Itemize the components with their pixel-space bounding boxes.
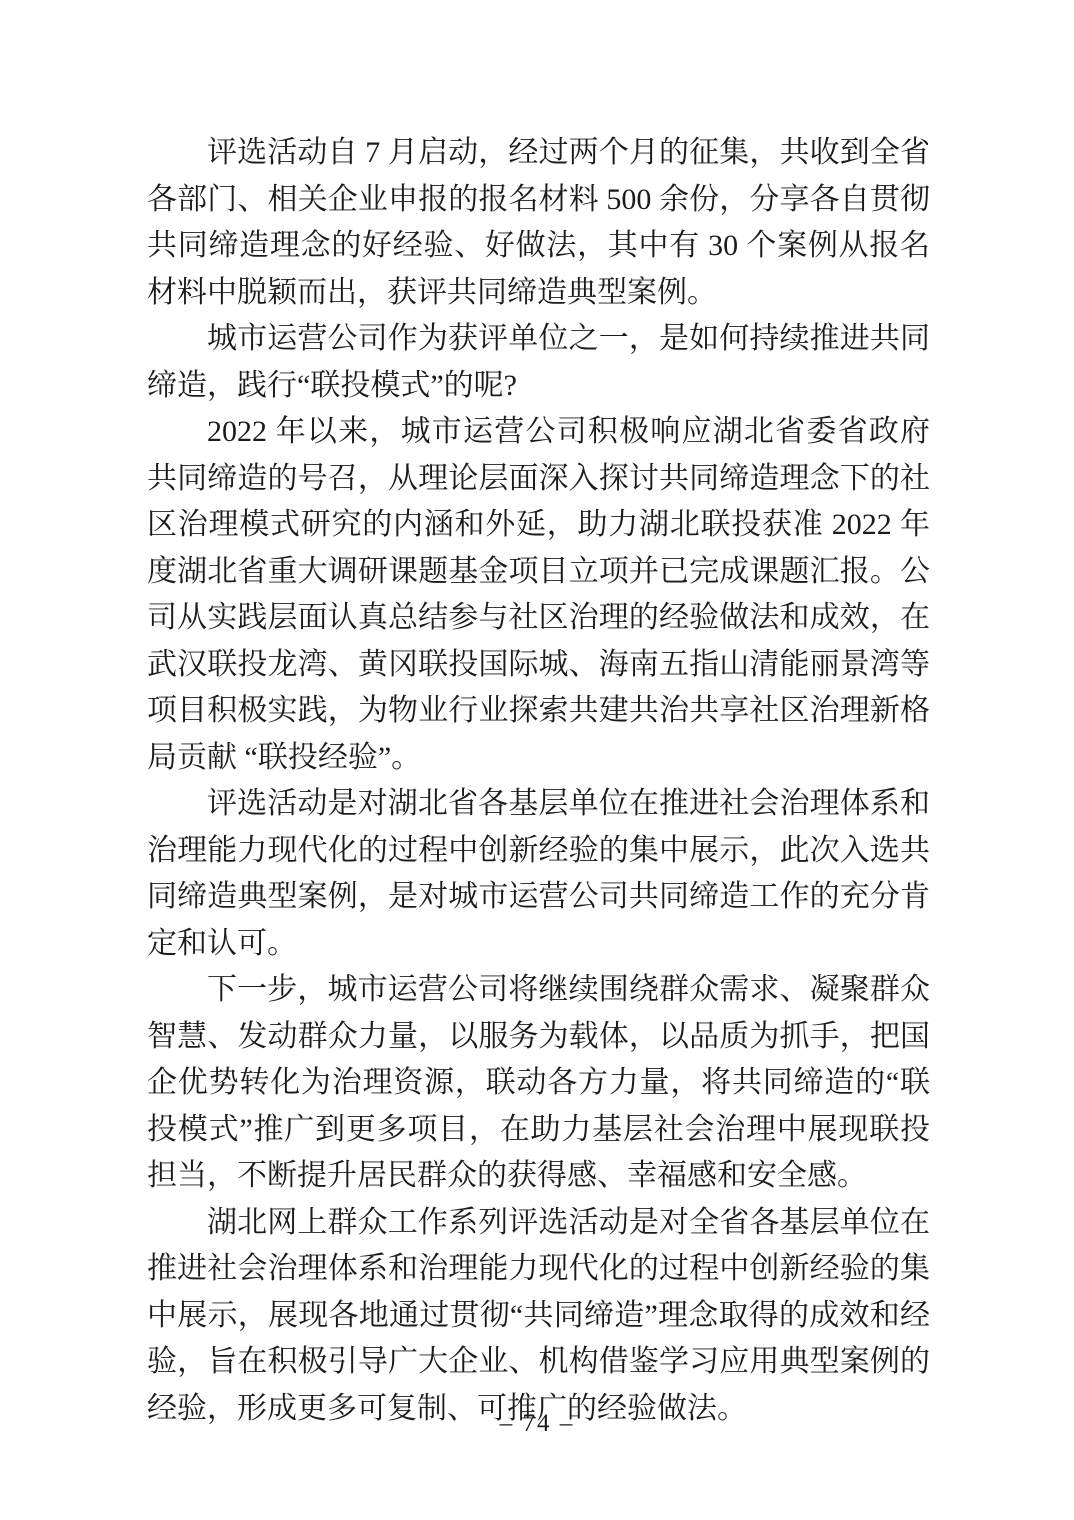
paragraph-campaign-background: 湖北网上群众工作系列评选活动是对全省各基层单位在推进社会治理体系和治理能力现代化… <box>147 1200 930 1433</box>
paragraph-company-actions: 2022 年以来，城市运营公司积极响应湖北省委省政府共同缔造的号召，从理论层面深… <box>147 409 930 781</box>
paragraph-selection-results: 评选活动自 7 月启动，经过两个月的征集，共收到全省各部门、相关企业申报的报名材… <box>147 130 930 316</box>
document-page: 评选活动自 7 月启动，经过两个月的征集，共收到全省各部门、相关企业申报的报名材… <box>0 0 1074 1520</box>
page-number: – 74 – <box>500 1410 575 1437</box>
paragraph-recognition: 评选活动是对湖北省各基层单位在推进社会治理体系和治理能力现代化的过程中创新经验的… <box>147 781 930 967</box>
paragraph-next-steps: 下一步，城市运营公司将继续围绕群众需求、凝聚群众智慧、发动群众力量，以服务为载体… <box>147 967 930 1200</box>
document-body: 评选活动自 7 月启动，经过两个月的征集，共收到全省各部门、相关企业申报的报名材… <box>147 130 930 1432</box>
page-footer: – 74 – <box>0 1410 1074 1438</box>
paragraph-question: 城市运营公司作为获评单位之一，是如何持续推进共同缔造，践行“联投模式”的呢? <box>147 316 930 409</box>
